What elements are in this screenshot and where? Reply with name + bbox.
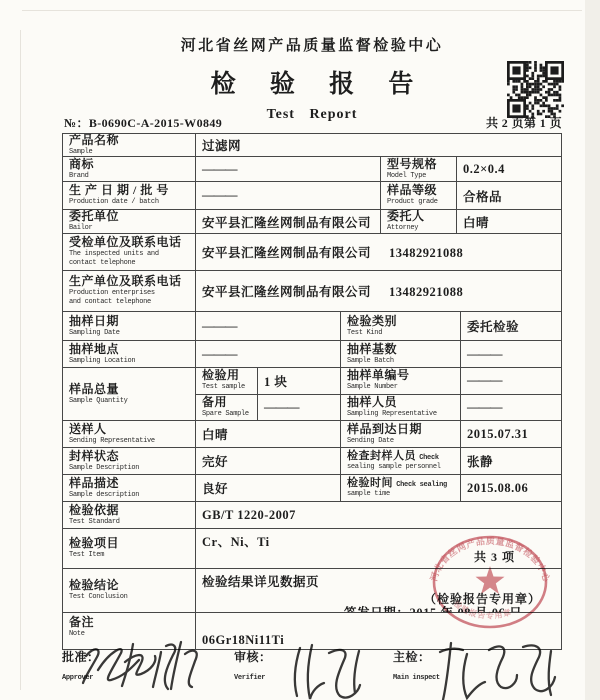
label-test-conclusion: 检验结论 Test Conclusion bbox=[63, 569, 196, 612]
label-sending-representative: 送样人 Sending Representative bbox=[63, 421, 196, 447]
value-inspected-units: 安平县汇隆丝网制品有限公司13482921088 bbox=[196, 234, 561, 270]
value-sealing-state: 完好 bbox=[196, 448, 341, 474]
table-row: 商标 Brand ——— 型号规格 Model Type 0.2×0.4 bbox=[63, 157, 561, 182]
value-test-conclusion: 检验结果详见数据页 （检验报告专用章） 签发日期：2015 年 08 月 06 … bbox=[196, 569, 561, 612]
label-arrival-date: 样品到达日期 Sending Date bbox=[341, 421, 461, 447]
value-model-type: 0.2×0.4 bbox=[457, 157, 561, 181]
label-test-standard: 检验依据 Test Standard bbox=[63, 502, 196, 528]
value-bailor: 安平县汇隆丝网制品有限公司 bbox=[196, 210, 381, 233]
value-sample-number: ——— bbox=[461, 368, 561, 394]
table-row: 检验结论 Test Conclusion 检验结果详见数据页 （检验报告专用章）… bbox=[63, 569, 561, 613]
value-attorney: 白晴 bbox=[457, 210, 561, 233]
value-test-sample: 1 块 bbox=[258, 368, 341, 394]
main-inspector-block: 主检： Main inspect bbox=[393, 648, 440, 684]
value-note: 06Gr18Ni11Ti bbox=[196, 613, 561, 649]
value-sample-batch: ——— bbox=[461, 341, 561, 367]
scan-edge-top bbox=[22, 10, 582, 11]
value-sample: 过滤网 bbox=[196, 134, 561, 156]
qr-code-icon bbox=[507, 61, 564, 118]
value-sending-representative: 白晴 bbox=[196, 421, 341, 447]
label-sampling-location: 抽样地点 Sampling Location bbox=[63, 341, 196, 367]
label-sample-quantity: 样品总量 Sample Quantity bbox=[63, 368, 196, 420]
verifier-block: 审核： Verifier bbox=[234, 648, 272, 684]
label-test-sample: 检验用 Test sample bbox=[196, 368, 258, 394]
table-row: 检验项目 Test Item Cr、Ni、Ti 共 3 项 bbox=[63, 529, 561, 569]
label-model-type: 型号规格 Model Type bbox=[381, 157, 457, 181]
sample-quantity-subtable: 检验用 Test sample 1 块 抽样单编号 Sample Number … bbox=[196, 368, 561, 420]
label-inspected-units: 受检单位及联系电话 The inspected units and contac… bbox=[63, 234, 196, 270]
value-sampling-representative: ——— bbox=[461, 395, 561, 421]
label-test-item: 检验项目 Test Item bbox=[63, 529, 196, 568]
label-sample: 产品名称 Sample bbox=[63, 134, 196, 156]
table-row: 检验依据 Test Standard GB/T 1220-2007 bbox=[63, 502, 561, 529]
value-product-grade: 合格品 bbox=[457, 182, 561, 209]
label-sampling-date: 抽样日期 Sampling Date bbox=[63, 312, 196, 340]
label-bailor: 委托单位 Bailor bbox=[63, 210, 196, 233]
table-row: 生产单位及联系电话 Production enterprises and con… bbox=[63, 271, 561, 312]
label-sample-description: 样品描述 Sample description bbox=[63, 475, 196, 501]
value-test-item: Cr、Ni、Ti 共 3 项 bbox=[196, 529, 561, 568]
label-product-grade: 样品等级 Product grade bbox=[381, 182, 457, 209]
value-test-time: 2015.08.06 bbox=[461, 475, 561, 501]
value-test-standard: GB/T 1220-2007 bbox=[196, 502, 561, 528]
page-count: 共 2 页第 1 页 bbox=[486, 114, 562, 131]
label-test-kind: 检验类别 Test Kind bbox=[341, 312, 461, 340]
table-row: 生 产 日 期 / 批 号 Production date / batch ——… bbox=[63, 182, 561, 210]
value-production-enterprise: 安平县汇隆丝网制品有限公司13482921088 bbox=[196, 271, 561, 311]
label-brand: 商标 Brand bbox=[63, 157, 196, 181]
issue-date: 签发日期：2015 年 08 月 06 日 bbox=[344, 603, 522, 612]
value-test-kind: 委托检验 bbox=[461, 312, 561, 340]
table-subrow: 检验用 Test sample 1 块 抽样单编号 Sample Number … bbox=[196, 368, 561, 395]
label-attorney: 委托人 Attorney bbox=[381, 210, 457, 233]
organization-name: 河北省丝网产品质量监督检验中心 bbox=[62, 34, 562, 55]
label-check-sealing-personnel: 检查封样人员 Check sealing sample personnel bbox=[341, 448, 461, 474]
table-row: 产品名称 Sample 过滤网 bbox=[63, 134, 561, 157]
approver-block: 批准： Approver bbox=[62, 648, 100, 684]
label-production-enterprise: 生产单位及联系电话 Production enterprises and con… bbox=[63, 271, 196, 311]
table-row: 抽样地点 Sampling Location ——— 抽样基数 Sample B… bbox=[63, 341, 561, 368]
table-row: 受检单位及联系电话 The inspected units and contac… bbox=[63, 234, 561, 271]
table-row: 封样状态 Sample Description 完好 检查封样人员 Check … bbox=[63, 448, 561, 475]
value-sample-description: 良好 bbox=[196, 475, 341, 501]
label-spare-sample: 备用 Spare Sample bbox=[196, 395, 258, 421]
value-brand: ——— bbox=[196, 157, 381, 181]
value-sampling-location: ——— bbox=[196, 341, 341, 367]
label-sealing-state: 封样状态 Sample Description bbox=[63, 448, 196, 474]
test-report-page: 河北省丝网产品质量监督检验中心 检 验 报 告 Test Report №：B-… bbox=[0, 0, 600, 700]
label-sample-batch: 抽样基数 Sample Batch bbox=[341, 341, 461, 367]
table-subrow: 备用 Spare Sample ——— 抽样人员 Sampling Repres… bbox=[196, 395, 561, 421]
report-title: 检 验 报 告 bbox=[62, 64, 562, 100]
table-row: 样品总量 Sample Quantity 检验用 Test sample 1 块… bbox=[63, 368, 561, 421]
label-note: 备注 Note bbox=[63, 613, 196, 649]
label-production-date: 生 产 日 期 / 批 号 Production date / batch bbox=[63, 182, 196, 209]
report-number-line: №：B-0690C-A-2015-W0849 共 2 页第 1 页 bbox=[64, 114, 562, 131]
label-test-time: 检验时间 Check sealing sample time bbox=[341, 475, 461, 501]
report-number: №：B-0690C-A-2015-W0849 bbox=[64, 114, 222, 131]
value-production-date: ——— bbox=[196, 182, 381, 209]
table-row: 抽样日期 Sampling Date ——— 检验类别 Test Kind 委托… bbox=[63, 312, 561, 341]
value-check-sealing-personnel: 张静 bbox=[461, 448, 561, 474]
table-row: 样品描述 Sample description 良好 检验时间 Check se… bbox=[63, 475, 561, 502]
value-sampling-date: ——— bbox=[196, 312, 341, 340]
scan-edge-right bbox=[585, 0, 600, 700]
table-row: 备注 Note 06Gr18Ni11Ti bbox=[63, 613, 561, 649]
report-header: 河北省丝网产品质量监督检验中心 检 验 报 告 Test Report bbox=[62, 34, 562, 123]
test-item-count: 共 3 项 bbox=[474, 548, 515, 565]
label-sampling-representative: 抽样人员 Sampling Representative bbox=[341, 395, 461, 421]
scan-edge-left bbox=[20, 30, 21, 690]
value-arrival-date: 2015.07.31 bbox=[461, 421, 561, 447]
label-sample-number: 抽样单编号 Sample Number bbox=[341, 368, 461, 394]
table-row: 送样人 Sending Representative 白晴 样品到达日期 Sen… bbox=[63, 421, 561, 448]
report-table: 产品名称 Sample 过滤网 商标 Brand ——— 型号规格 Model … bbox=[62, 133, 562, 650]
table-row: 委托单位 Bailor 安平县汇隆丝网制品有限公司 委托人 Attorney 白… bbox=[63, 210, 561, 234]
value-spare-sample: ——— bbox=[258, 395, 341, 421]
